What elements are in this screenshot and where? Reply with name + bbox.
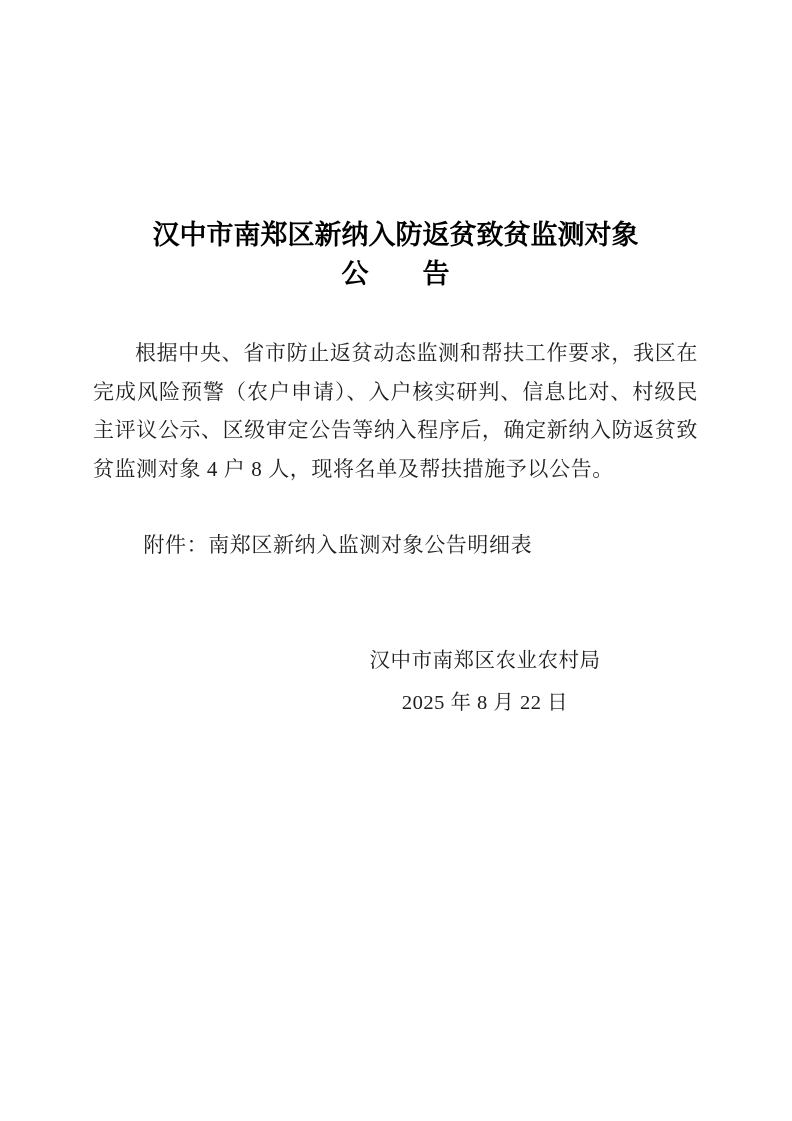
signature-date: 2025 年 8 月 22 日	[361, 690, 609, 717]
document-title-line2: 公 告	[93, 257, 698, 291]
attachment-line: 附件：南郑区新纳入监测对象公告明细表	[93, 531, 698, 559]
document-page: 汉中市南郑区新纳入防返贫致贫监测对象 公 告 根据中央、省市防止返贫动态监测和帮…	[0, 0, 792, 1121]
document-title-line1: 汉中市南郑区新纳入防返贫致贫监测对象	[93, 218, 698, 252]
body-paragraph: 根据中央、省市防止返贫动态监测和帮扶工作要求，我区在完成风险预警（农户申请）、入…	[93, 334, 698, 488]
signer-name: 汉中市南郑区农业农村局	[361, 648, 609, 675]
signature-block: 汉中市南郑区农业农村局 2025 年 8 月 22 日	[361, 648, 609, 717]
